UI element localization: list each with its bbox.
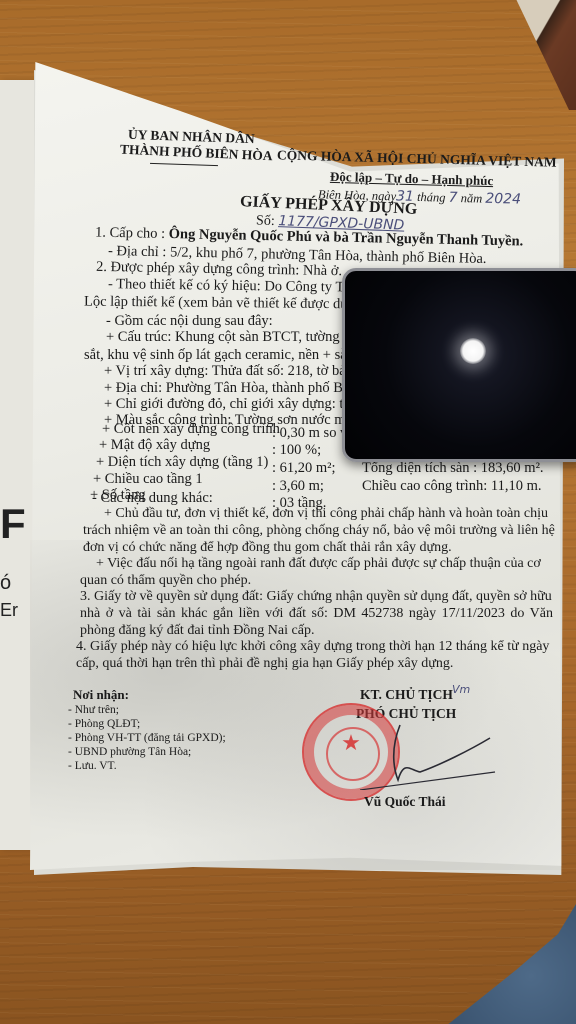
section-2-line: - Theo thiết kế có ký hiệu: Do Công ty T… [108,277,376,295]
other-paragraph-line: trách nhiệm về an toàn thi công, phòng c… [83,524,555,538]
sign-role-1: KT. CHỦ TỊCH [360,688,453,702]
nation-title: CỘNG HÒA XÃ HỘI CHỦ NGHĨA VIỆT NAM [277,148,557,169]
signer-name: Vũ Quốc Thái [364,795,446,809]
recipient-item: - Lưu. VT. [68,761,117,773]
spec-label: + Chiều cao tầng 1 [93,472,203,487]
spec-extra: Tổng diện tích sàn : 183,60 m². [362,461,544,476]
section-2-line: + Địa chỉ: Phường Tân Hòa, thành phố Biê… [104,381,382,396]
motto: Độc lập – Tự do – Hạnh phúc [330,170,494,187]
spec-label: + Cốt nền xây dựng công trình [102,422,280,437]
section-3-line: phòng đăng ký đất đai tỉnh Đồng Nai cấp. [80,624,314,638]
recipients-title: Nơi nhận: [73,688,129,701]
recipient-item: - Phòng VH-TT (đăng tải GPXD); [68,733,226,745]
signature [360,720,500,790]
date-month: 7 [448,190,457,206]
recipient-item: - Phòng QLĐT; [68,719,140,731]
spec-value: : 61,20 m²; [272,461,336,476]
spec-value: : 100 %; [272,443,321,458]
date-year: 2024 [485,191,521,208]
date-year-label: năm [461,191,483,206]
recipient-item: - Như trên; [68,705,119,717]
section-1-label: 1. Cấp cho : [95,225,165,242]
issuer-underline [150,163,218,166]
document-content: ỦY BAN NHÂN DÂN THÀNH PHỐ BIÊN HÒA CỘNG … [0,0,576,1024]
section-2-line: + Cấu trúc: Khung cột sàn BTCT, tường gạ… [106,330,371,345]
section-4-line: 4. Giấy phép này có hiệu lực khởi công x… [76,640,549,654]
section-3-line: 3. Giấy tờ về quyền sử dụng đất: Giấy ch… [80,590,552,604]
light-reflection [460,338,486,364]
section-2-line: + Chỉ giới đường đỏ, chỉ giới xây dựng: … [104,397,375,412]
section-2-line: Lộc lập thiết kế (xem bản vẽ thiết kế đư… [84,295,365,312]
permit-number-label: Số: [256,213,275,229]
recipient-item: - UBND phường Tân Hòa; [68,747,191,759]
other-paragraph-line: đơn vị có chức năng để hợp đồng thu gom … [83,541,452,555]
other-paragraph-line: quan có thẩm quyền cho phép. [80,574,251,588]
spec-label: + Mật độ xây dựng [99,438,210,453]
smartphone [342,268,576,462]
other-heading: - Các nội dung khác: [92,491,213,506]
date-month-label: tháng [417,190,446,205]
section-4-line: cấp, quá thời hạn trên thì phải đề nghị … [76,657,453,671]
spec-value: : 3,60 m; [272,479,324,494]
section-2-line: + Vị trí xây dựng: Thửa đất số: 218, tờ … [104,364,371,379]
section-2-line: - Gồm các nội dung sau đây: [106,314,273,329]
other-paragraph-line: + Chủ đầu tư, đơn vị thiết kế, đơn vị th… [104,507,548,521]
spec-extra: Chiều cao công trình: 11,10 m. [362,479,541,494]
sign-initials: Vm [452,684,470,695]
section-3-line: nhà ở và tài sản khác gắn liền với đất s… [80,607,553,621]
spec-label: + Diện tích xây dựng (tầng 1) [96,455,268,470]
other-paragraph-line: + Việc đấu nối hạ tầng ngoài ranh đất đư… [96,557,541,571]
section-2-line: sắt, khu vệ sinh ốp lát gạch ceramic, nề… [84,348,372,363]
